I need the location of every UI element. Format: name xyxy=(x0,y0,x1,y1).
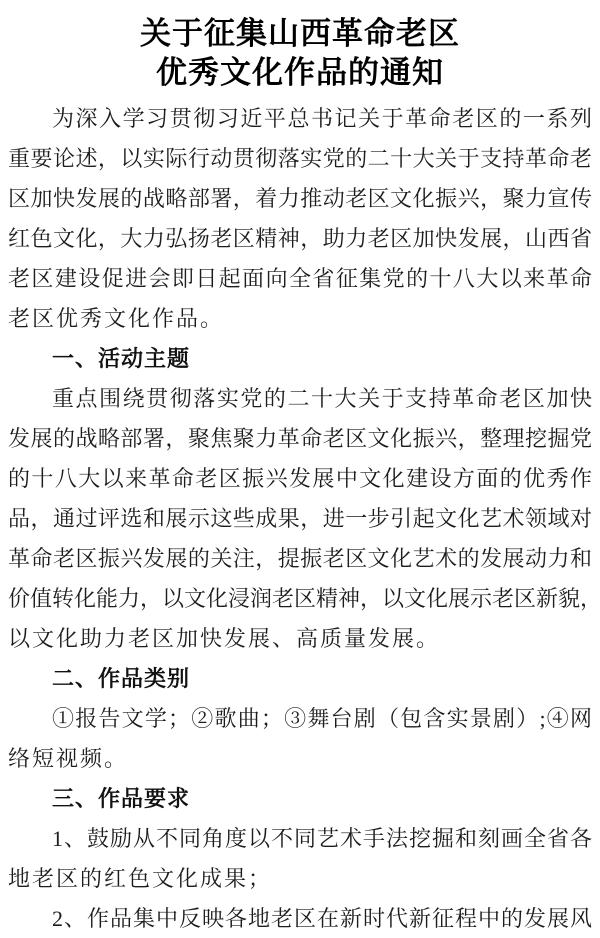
document-body: 为深入学习贯彻习近平总书记关于革命老区的一系列 重要论述，以实际行动贯彻落实党的… xyxy=(8,99,592,938)
paragraph-line: 老区建设促进会即日起面向全省征集党的十八大以来革命 xyxy=(8,259,592,299)
list-item-line: 2、作品集中反映各地老区在新时代新征程中的发展风 xyxy=(8,899,592,938)
paragraph-line: 络短视频。 xyxy=(8,739,592,779)
paragraph-line: ①报告文学；②歌曲；③舞台剧（包含实景剧）;④网 xyxy=(8,699,592,739)
paragraph-line: 品，通过评选和展示这些成果，进一步引起文化艺术领域对 xyxy=(8,499,592,539)
paragraph-line: 的十八大以来革命老区振兴发展中文化建设方面的优秀作 xyxy=(8,459,592,499)
paragraph-line: 革命老区振兴发展的关注，提振老区文化艺术的发展动力和 xyxy=(8,539,592,579)
paragraph-line: 红色文化，大力弘扬老区精神，助力老区加快发展，山西省 xyxy=(8,219,592,259)
title-line-1: 关于征集山西革命老区 xyxy=(8,14,592,53)
title-line-2: 优秀文化作品的通知 xyxy=(8,53,592,92)
paragraph-line: 重点围绕贯彻落实党的二十大关于支持革命老区加快 xyxy=(8,379,592,419)
paragraph-line: 为深入学习贯彻习近平总书记关于革命老区的一系列 xyxy=(8,99,592,139)
paragraph-line: 老区优秀文化作品。 xyxy=(8,299,592,339)
paragraph-line: 区加快发展的战略部署，着力推动老区文化振兴，聚力宣传 xyxy=(8,179,592,219)
document-page: 关于征集山西革命老区 优秀文化作品的通知 为深入学习贯彻习近平总书记关于革命老区… xyxy=(0,0,600,938)
document-title: 关于征集山西革命老区 优秀文化作品的通知 xyxy=(8,14,592,92)
paragraph-line: 价值转化能力，以文化浸润老区精神，以文化展示老区新貌， xyxy=(8,579,592,619)
paragraph-line: 以文化助力老区加快发展、高质量发展。 xyxy=(8,619,592,659)
section-heading-2: 二、作品类别 xyxy=(8,659,592,699)
section-heading-3: 三、作品要求 xyxy=(8,779,592,819)
list-item-line: 地老区的红色文化成果； xyxy=(8,859,592,899)
list-item-line: 1、鼓励从不同角度以不同艺术手法挖掘和刻画全省各 xyxy=(8,819,592,859)
section-heading-1: 一、活动主题 xyxy=(8,339,592,379)
paragraph-line: 重要论述，以实际行动贯彻落实党的二十大关于支持革命老 xyxy=(8,139,592,179)
paragraph-line: 发展的战略部署，聚焦聚力革命老区文化振兴，整理挖掘党 xyxy=(8,419,592,459)
